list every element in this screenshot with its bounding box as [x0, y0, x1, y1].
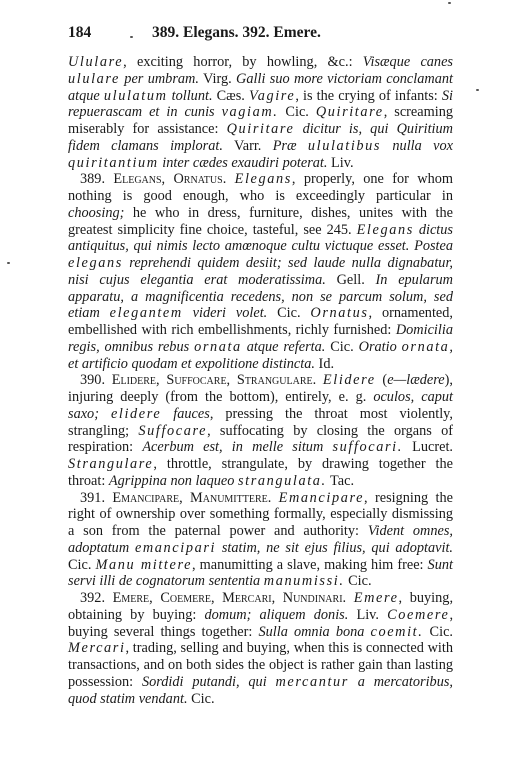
- headword: elegantem: [110, 305, 183, 321]
- body-text: Cic.: [278, 104, 315, 120]
- body-text: Gell.: [326, 272, 376, 288]
- headword: suffocari.: [333, 439, 403, 455]
- latin-text: e—lædere: [387, 372, 444, 388]
- latin-text: inter cædes exaudiri poterat.: [159, 155, 328, 171]
- entry-heading: Elegans, Ornatus.: [113, 171, 226, 187]
- running-header: 184 389. Elegans. 392. Emere.: [68, 24, 453, 46]
- headword: ululatum: [104, 88, 168, 104]
- headword: Emancipare: [279, 490, 364, 506]
- headword: Elegans: [235, 171, 292, 187]
- headword: strangulata.: [238, 473, 327, 489]
- body-text: Cic.: [345, 573, 372, 589]
- body-text: Liv.: [348, 607, 387, 623]
- headword: ornata: [402, 339, 450, 355]
- headword: ululatibus: [308, 138, 381, 154]
- headword: Quiritare: [316, 104, 384, 120]
- body-text: 390.: [80, 372, 112, 388]
- entry-heading: Emancipare, Manumittere.: [112, 490, 271, 506]
- body-text: (: [376, 372, 388, 388]
- headword: Elegans: [357, 222, 414, 238]
- body-text: Cic.: [423, 624, 453, 640]
- entry-heading: Emere, Coemere, Mercari, Nundinari.: [113, 590, 346, 606]
- headword: Manu mittere: [95, 557, 192, 573]
- body-text: Cic.: [325, 339, 358, 355]
- body-text: [316, 372, 323, 388]
- headword: Ululare: [68, 54, 123, 70]
- body-text: [226, 171, 234, 187]
- headword: manumissi.: [264, 573, 345, 589]
- page-body: Ululare, exciting horror, by howling, &c…: [68, 54, 453, 707]
- headword: Coemere: [387, 607, 449, 623]
- headword: ululare: [68, 71, 120, 87]
- entry-390-elidere: 390. Elidere, Suffocare, Strangulare. El…: [68, 372, 453, 489]
- latin-text: Sulla omnia bona: [258, 624, 370, 640]
- body-text: , exciting horror, by howling, &c.:: [123, 54, 363, 70]
- headword: Elidere: [323, 372, 376, 388]
- body-text: Varr.: [223, 138, 273, 154]
- headword: ornata: [194, 339, 242, 355]
- headword: Strangulare: [68, 456, 153, 472]
- latin-text: nulla vox: [381, 138, 453, 154]
- latin-text: domum; aliquem donis.: [205, 607, 349, 623]
- latin-text: videri volet.: [183, 305, 267, 321]
- page-number: 184: [68, 24, 152, 42]
- entry-389-elegans: 389. Elegans, Ornatus. Elegans, properly…: [68, 171, 453, 372]
- body-text: Cic.: [267, 305, 310, 321]
- running-title: 389. Elegans. 392. Emere.: [152, 24, 321, 42]
- latin-text: Oratio: [359, 339, 402, 355]
- scan-speck: [130, 36, 133, 38]
- body-text: Tac.: [327, 473, 354, 489]
- body-text: 391.: [80, 490, 112, 506]
- body-text: 389.: [80, 171, 113, 187]
- body-text: , is the crying of infants:: [295, 88, 442, 104]
- body-text: 392.: [80, 590, 113, 606]
- body-text: Liv.: [327, 155, 353, 171]
- latin-text: tollunt.: [168, 88, 213, 104]
- headword: coemit.: [371, 624, 424, 640]
- latin-text: choosing;: [68, 205, 124, 221]
- latin-text: Agrippina non laqueo: [109, 473, 238, 489]
- headword: Quiritare: [227, 121, 295, 137]
- scan-speck: [7, 262, 10, 264]
- headword: mercantur: [276, 674, 349, 690]
- entry-392-emere: 392. Emere, Coemere, Mercari, Nundinari.…: [68, 590, 453, 707]
- body-text: Virg.: [199, 71, 236, 87]
- body-text: Cic.: [188, 691, 215, 707]
- body-text: , manumitting a slave, making him free:: [192, 557, 428, 573]
- latin-text: statim, ne sit ejus filius, qui adoptavi…: [216, 540, 453, 556]
- book-page: 184 389. Elegans. 392. Emere. Ululare, e…: [68, 24, 453, 707]
- headword: emancipari: [135, 540, 216, 556]
- latin-text: Visæque canes: [363, 54, 453, 70]
- continuation-paragraph: Ululare, exciting horror, by howling, &c…: [68, 54, 453, 171]
- headword: elidere: [111, 406, 161, 422]
- latin-text: atque referta.: [242, 339, 326, 355]
- body-text: Lucret.: [403, 439, 453, 455]
- entry-heading: Elidere, Suffocare, Strangulare.: [112, 372, 316, 388]
- headword: vagiam.: [222, 104, 279, 120]
- latin-text: fauces: [161, 406, 210, 422]
- headword: Ornatus: [310, 305, 368, 321]
- latin-text: Sordidi putandi, qui: [142, 674, 276, 690]
- scan-speck: [448, 2, 451, 4]
- headword: Vagire: [249, 88, 295, 104]
- latin-text: Acerbum est, in melle situm: [142, 439, 332, 455]
- latin-text: per umbram.: [120, 71, 199, 87]
- scan-speck: [476, 89, 479, 91]
- body-text: Cæs.: [213, 88, 249, 104]
- headword: Suffocare: [138, 423, 207, 439]
- body-text: Id.: [315, 356, 334, 372]
- headword: elegans: [68, 255, 123, 271]
- latin-text: Præ: [273, 138, 308, 154]
- headword: Mercari: [68, 640, 126, 656]
- entry-391-emancipare: 391. Emancipare, Manumittere. Emancipare…: [68, 490, 453, 591]
- body-text: Cic.: [68, 557, 95, 573]
- headword: Emere: [354, 590, 399, 606]
- body-text: [346, 590, 354, 606]
- headword: quiritantium: [68, 155, 159, 171]
- body-text: [271, 490, 278, 506]
